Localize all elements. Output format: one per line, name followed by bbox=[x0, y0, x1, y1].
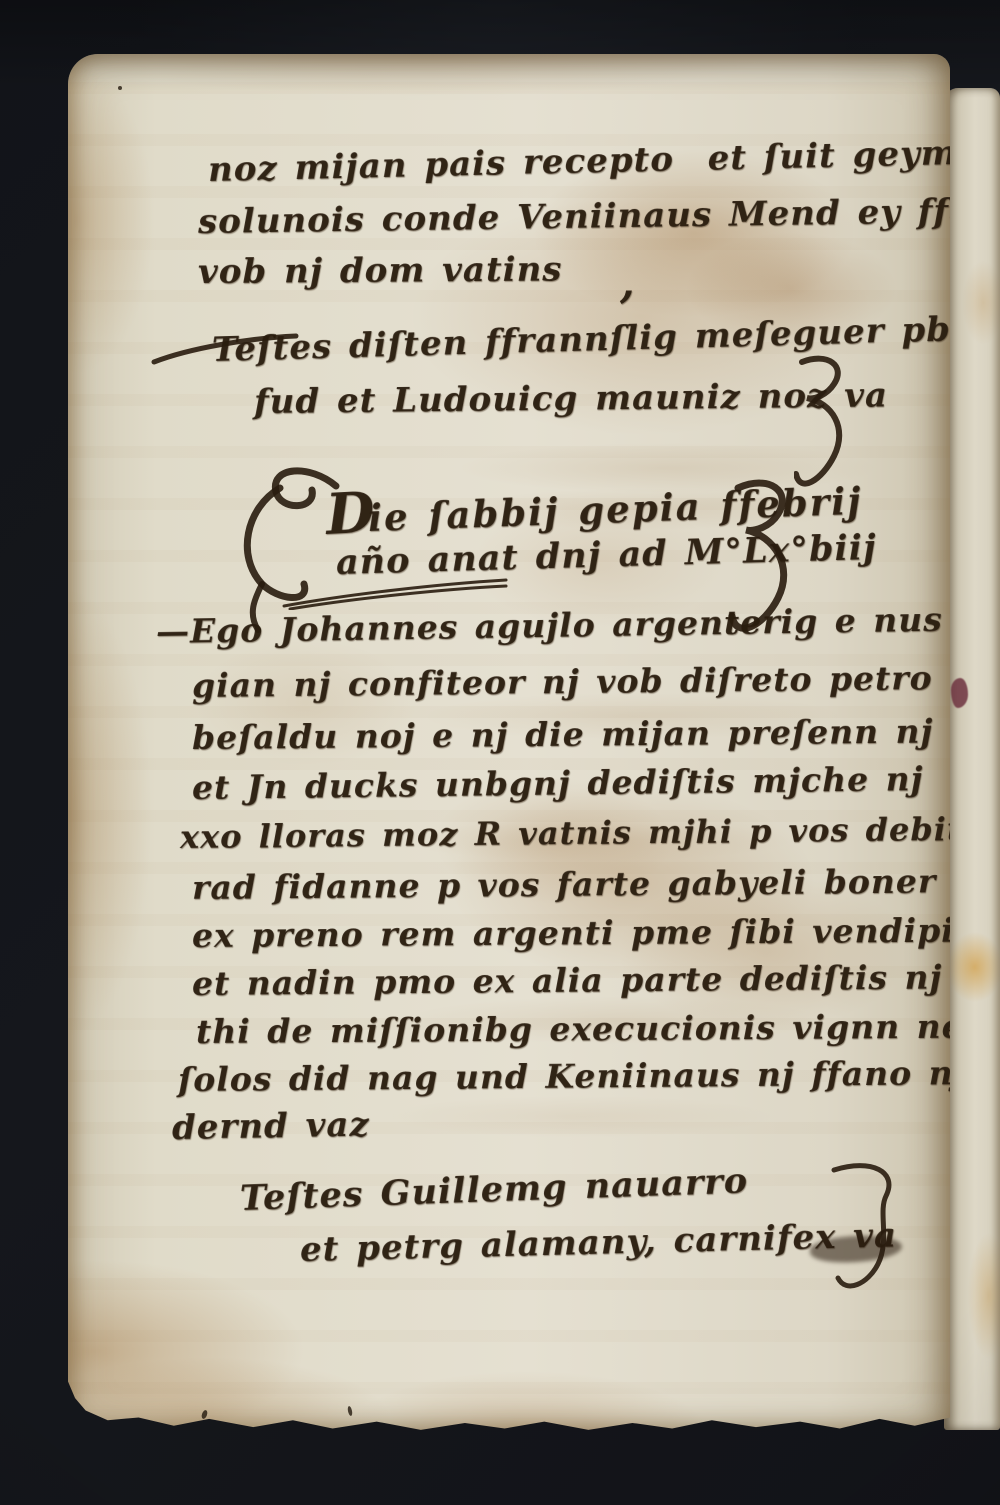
manuscript-page: noz mijan pais recepto et ſuit geyme sol… bbox=[68, 54, 950, 1434]
manuscript-line: xxo lloras moz R vatnis mjhi p vos debit… bbox=[180, 809, 1000, 856]
next-page-edge bbox=[944, 88, 1000, 1430]
manuscript-line: beſaldu noj e nj die mijan preſenn nj bbox=[192, 712, 934, 757]
manuscript-line: Teſtes Guillemg nauarro bbox=[239, 1160, 748, 1219]
manuscript-line: ex preno rem argenti pme ſibi vendipi bbox=[192, 911, 955, 955]
manuscript-line: fud et Ludouicg mauniz noz va bbox=[254, 375, 888, 422]
manuscript-line: noz mijan pais recepto et ſuit geyme bbox=[208, 132, 981, 190]
manuscript-line: thi de miſſionibg execucionis vignn nes bbox=[196, 1007, 983, 1051]
manuscript-line: vob nj dom vatins bbox=[198, 249, 563, 292]
manuscript-line: gian nj confiteor nj vob diſreto petro bbox=[192, 658, 933, 705]
manuscript-line: rad fidanne p vos farte gabyeli boner bbox=[192, 862, 937, 907]
ink-speck bbox=[201, 1409, 209, 1419]
punctuation-mark: , bbox=[620, 258, 636, 307]
manuscript-line: solunois conde Veniinaus Mend ey ffano bbox=[198, 191, 1000, 242]
manuscript-line: Teſtes diſten ffrannſlig meſeguer pbus bbox=[211, 308, 997, 370]
manuscript-line: et Jn ducks unbgnj dediſtis mjche nj bbox=[192, 759, 924, 807]
ink-blot bbox=[261, 1435, 319, 1465]
manuscript-line: et nadin pmo ex alia parte dediſtis nj bbox=[192, 957, 943, 1003]
ink-speck bbox=[118, 86, 122, 90]
photo-background: noz mijan pais recepto et ſuit geyme sol… bbox=[0, 0, 1000, 1505]
ink-speck bbox=[347, 1406, 353, 1417]
manuscript-line: ſolos did nag und Keniinaus nj ffano nj bbox=[178, 1053, 967, 1099]
manuscript-line: et petrg alamany, carnifex va bbox=[300, 1215, 898, 1270]
manuscript-line: dernd vaz bbox=[172, 1105, 370, 1148]
manuscript-line: —Ego Johannes agujlo argenterig e nus Va bbox=[156, 599, 1000, 651]
